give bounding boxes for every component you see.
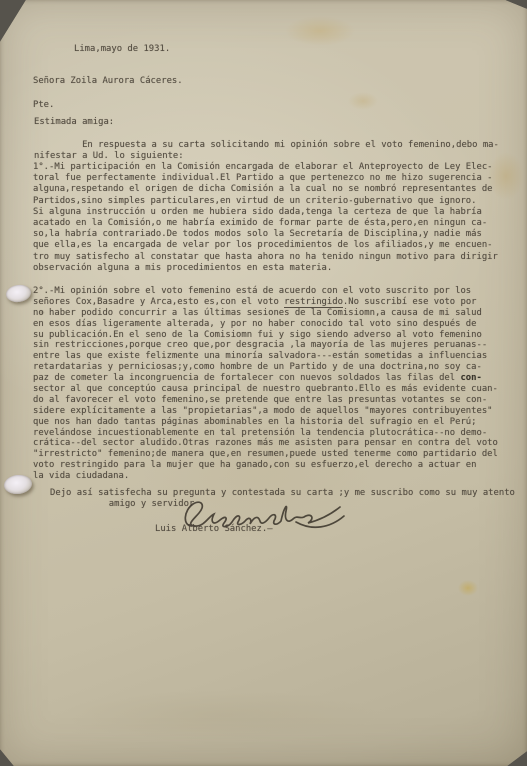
fastener-hole — [5, 283, 32, 303]
letter-line: "irrestricto" femenino;de manera que,en … — [33, 449, 498, 460]
letter-line: la vida ciudadana. — [33, 471, 498, 482]
document-photo: Lima,mayo de 1931. Señora Zoila Aurora C… — [0, 0, 527, 766]
salutation: Estimada amiga: — [34, 117, 114, 127]
paper-sheet: Lima,mayo de 1931. Señora Zoila Aurora C… — [0, 0, 527, 766]
letter-date: Lima,mayo de 1931. — [74, 44, 170, 54]
letter-line: En respuesta a su carta solicitando mi o… — [34, 140, 499, 151]
letter-line: 1°.-Mi participación en la Comisión enca… — [33, 162, 498, 173]
letter-line: so,la habría contrariado.De todos modos … — [33, 229, 498, 240]
letter-line: no haber podido concurrir a las últimas … — [33, 308, 498, 319]
underlined-word: restringido — [284, 297, 343, 308]
letter-line: alguna,respetando el origen de dicha Com… — [33, 184, 498, 195]
paragraph-2: 2°.-Mi opinión sobre el voto femenino es… — [33, 286, 498, 482]
letter-line: toral fue perfectamente individual.El Pa… — [33, 173, 498, 184]
letter-line: observación alguna a mis procedimientos … — [33, 263, 498, 274]
letter-line: Partidos,sino simples particulares,en vi… — [33, 196, 498, 207]
letter-line: que nos han dado tantas páginas abominab… — [33, 417, 498, 428]
letter-line: retardatarias y perniciosas;y,como hombr… — [33, 362, 498, 373]
paper-stain — [458, 580, 478, 596]
paper-stain — [60, 690, 380, 740]
letter-line: sidere explícitamente a las "propietaria… — [33, 406, 498, 417]
letter-line: tro muy satisfecho al constatar que hast… — [33, 252, 498, 263]
letter-line: 2°.-Mi opinión sobre el voto femenino es… — [33, 286, 498, 297]
letter-line: sector al que conceptúo causa principal … — [33, 384, 498, 395]
paper-stain — [348, 92, 378, 110]
letter-line: que ella,es la encargada de velar por lo… — [33, 240, 498, 251]
letter-line: acatado en la Comisión,o me habría eximi… — [33, 218, 498, 229]
letter-line: voto restringido para la mujer que ha ga… — [33, 460, 498, 471]
fastener-hole — [3, 474, 33, 496]
letter-line: señores Cox,Basadre y Arca,esto es,con e… — [33, 297, 498, 308]
letter-line: nifestar a Ud. lo siguiente: — [34, 151, 499, 162]
letter-line: en esos días ligeramente alterada, y por… — [33, 319, 498, 330]
letter-line: paz de cometer la incongruencia de forta… — [33, 373, 498, 384]
paragraph-1: 1°.-Mi participación en la Comisión enca… — [33, 162, 498, 274]
paper-stain — [285, 16, 355, 46]
letter-line: crática--del sector aludido.Otras razone… — [33, 438, 498, 449]
intro-paragraph: En respuesta a su carta solicitando mi o… — [34, 140, 499, 162]
letter-line: su publicación.En el seno de la Comisiom… — [33, 330, 498, 341]
place-abbreviation: Pte. — [33, 100, 54, 110]
letter-line: Si alguna instrucción u orden me hubiera… — [33, 207, 498, 218]
addressee-line: Señora Zoila Aurora Cáceres. — [33, 76, 183, 86]
letter-line: sin restricciones,porque creo que,por de… — [33, 340, 498, 351]
letter-line: do al favorecer el voto femenino,se pret… — [33, 395, 498, 406]
typed-signature-name: Luis Alberto Sánchez.— — [155, 524, 273, 534]
bold-overstrike: con- — [460, 373, 481, 383]
letter-line: entre las que existe felizmente una mino… — [33, 351, 498, 362]
letter-line: revelándose incuestionablemente en tal p… — [33, 428, 498, 439]
